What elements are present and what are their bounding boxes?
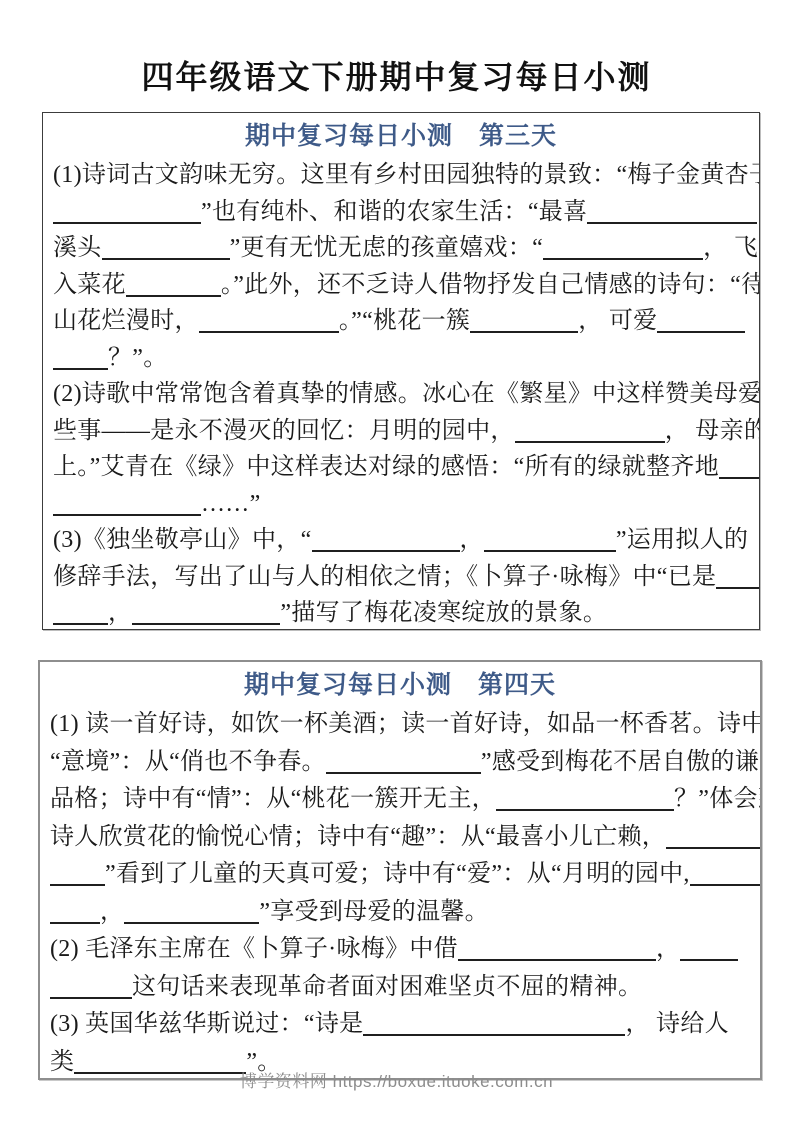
line-text: 些事——是永不漫灭的回忆：月明的园中， [53, 418, 515, 444]
worksheet-box-day3: 期中复习每日小测 第三天 (1)诗词古文韵味无穷。这里有乡村田园独特的景致：“梅… [42, 112, 760, 630]
footer-watermark-link[interactable]: 博学资料网 https://boxue.ituoke.com.cn [0, 1067, 793, 1092]
text-line: ”看到了儿童的天真可爱；诗中有“爱”：从“月明的园中, [50, 856, 750, 894]
line-text: 诗人欣赏花的愉悦心情；诗中有“趣”：从“最喜小儿亡赖， [50, 824, 666, 850]
text-line: (2)诗歌中常常饱含着真挚的情感。冰心在《繁星》中这样赞美母爱“这 [53, 376, 749, 413]
line-text: ， [757, 199, 760, 225]
fill-in-blank [496, 789, 674, 811]
line-text: ， 飞 [703, 235, 758, 261]
text-line: (1) 读一首好诗，如饮一杯美酒；读一首好诗，如品一杯香茗。诗中有 [50, 706, 750, 744]
text-line: 诗人欣赏花的愉悦心情；诗中有“趣”：从“最喜小儿亡赖， [50, 819, 750, 857]
fill-in-blank [50, 977, 132, 999]
fill-in-blank [126, 275, 221, 297]
fill-in-blank [657, 311, 745, 333]
line-text: (3)《独坐敬亭山》中，“ [53, 527, 312, 553]
fill-in-blank [312, 530, 460, 552]
line-text: ， [100, 899, 124, 925]
fill-in-blank [50, 864, 105, 886]
line-text: 。”“桃花一簇 [339, 308, 470, 334]
text-line: (3) 英国华兹华斯说过：“诗是， 诗给人 [50, 1006, 750, 1044]
line-text: 溪头 [53, 235, 102, 261]
line-text: “意境”：从“俏也不争春。 [50, 749, 326, 775]
text-line: 溪头”更有无忧无虑的孩童嬉戏：“， 飞 [53, 230, 749, 267]
line-text: ， [656, 936, 680, 962]
text-line: “意境”：从“俏也不争春。”感受到梅花不居自傲的谦逊 [50, 744, 750, 782]
text-line: 山花烂漫时，。”“桃花一簇， 可爱 [53, 303, 749, 340]
fill-in-blank [587, 202, 757, 224]
line-text: ”也有纯朴、和谐的农家生活：“最喜 [201, 199, 587, 225]
text-line: 入菜花。”此外，还不乏诗人借物抒发自己情感的诗句：“待到 [53, 267, 749, 304]
fill-in-blank [53, 494, 201, 516]
worksheet-box-day4: 期中复习每日小测 第四天 (1) 读一首好诗，如饮一杯美酒；读一首好诗，如品一杯… [38, 660, 762, 1080]
line-text: ”看到了儿童的天真可爱；诗中有“爱”：从“月明的园中, [105, 861, 690, 887]
box-lines: (1)诗词古文韵味无穷。这里有乡村田园独特的景致：“梅子金黄杏子肥，”也有纯朴、… [53, 157, 749, 630]
text-line: 些事——是永不漫灭的回忆：月明的园中，， 母亲的膝 [53, 413, 749, 450]
fill-in-blank [680, 939, 738, 961]
fill-in-blank [543, 238, 703, 260]
line-text: (2) 毛泽东主席在《卜算子·咏梅》中借 [50, 936, 458, 962]
box-header-day4: 期中复习每日小测 第四天 [50, 666, 750, 706]
fill-in-blank [124, 902, 259, 924]
fill-in-blank [132, 603, 280, 625]
line-text: ？”体会到 [674, 786, 762, 812]
fill-in-blank [716, 567, 760, 589]
line-text: ”享受到母爱的温馨。 [259, 899, 489, 925]
fill-in-blank [484, 530, 616, 552]
fill-in-blank [50, 902, 100, 924]
text-line: ，”享受到母爱的温馨。 [50, 894, 750, 932]
fill-in-blank [53, 348, 108, 370]
box-header-day3: 期中复习每日小测 第三天 [53, 117, 749, 157]
fill-in-blank [363, 1014, 625, 1036]
line-text: 修辞手法，写出了山与人的相依之情；《卜算子·咏梅》中“已是 [53, 564, 716, 590]
line-text: 品格；诗中有“情”：从“桃花一簇开无主， [50, 786, 496, 812]
line-text: ， [108, 600, 132, 626]
fill-in-blank [458, 939, 656, 961]
line-text: 这句话来表现革命者面对困难坚贞不屈的精神。 [132, 974, 642, 1000]
text-line: (2) 毛泽东主席在《卜算子·咏梅》中借， [50, 931, 750, 969]
line-text: (1)诗词古文韵味无穷。这里有乡村田园独特的景致：“梅子金黄杏子肥， [53, 162, 760, 188]
line-text: ， 诗给人 [625, 1011, 729, 1037]
text-line: ……” [53, 486, 749, 523]
line-text: (2)诗歌中常常饱含着真挚的情感。冰心在《繁星》中这样赞美母爱“这 [53, 381, 760, 407]
text-line: 品格；诗中有“情”：从“桃花一簇开无主，？”体会到 [50, 781, 750, 819]
fill-in-blank [326, 752, 481, 774]
text-line: 上。”艾青在《绿》中这样表达对绿的感悟：“所有的绿就整齐地 [53, 449, 749, 486]
line-text: ”运用拟人的 [616, 527, 748, 553]
text-line: 修辞手法，写出了山与人的相依之情；《卜算子·咏梅》中“已是 [53, 559, 749, 596]
line-text: ， 可爱 [578, 308, 657, 334]
text-line: ，”描写了梅花凌寒绽放的景象。 [53, 595, 749, 630]
text-line: (1)诗词古文韵味无穷。这里有乡村田园独特的景致：“梅子金黄杏子肥， [53, 157, 749, 194]
text-line: 这句话来表现革命者面对困难坚贞不屈的精神。 [50, 969, 750, 1007]
line-text: 上。”艾青在《绿》中这样表达对绿的感悟：“所有的绿就整齐地 [53, 454, 719, 480]
text-line: ？”。 [53, 340, 749, 377]
line-text: ”更有无忧无虑的孩童嬉戏：“ [230, 235, 544, 261]
fill-in-blank [53, 202, 201, 224]
line-text: ， [460, 527, 484, 553]
fill-in-blank [719, 457, 760, 479]
fill-in-blank [53, 603, 108, 625]
fill-in-blank [470, 311, 578, 333]
fill-in-blank [199, 311, 339, 333]
text-line: (3)《独坐敬亭山》中，“，”运用拟人的 [53, 522, 749, 559]
box-lines: (1) 读一首好诗，如饮一杯美酒；读一首好诗，如品一杯香茗。诗中有“意境”：从“… [50, 706, 750, 1080]
page-title: 四年级语文下册期中复习每日小测 [0, 52, 793, 98]
line-text: ”描写了梅花凌寒绽放的景象。 [280, 600, 607, 626]
line-text: 山花烂漫时， [53, 308, 199, 334]
line-text: (3) 英国华兹华斯说过：“诗是 [50, 1011, 363, 1037]
fill-in-blank [102, 238, 230, 260]
line-text: ， 母亲的膝 [665, 418, 760, 444]
line-text: ……” [201, 491, 261, 517]
line-text: 入菜花 [53, 272, 126, 298]
line-text: ”感受到梅花不居自傲的谦逊 [481, 749, 762, 775]
fill-in-blank [515, 421, 665, 443]
line-text: ？”。 [108, 345, 168, 371]
fill-in-blank [666, 827, 762, 849]
line-text: (1) 读一首好诗，如饮一杯美酒；读一首好诗，如品一杯香茗。诗中有 [50, 711, 762, 737]
line-text: 。”此外，还不乏诗人借物抒发自己情感的诗句：“待到 [221, 272, 760, 298]
text-line: ”也有纯朴、和谐的农家生活：“最喜， [53, 194, 749, 231]
fill-in-blank [690, 864, 762, 886]
